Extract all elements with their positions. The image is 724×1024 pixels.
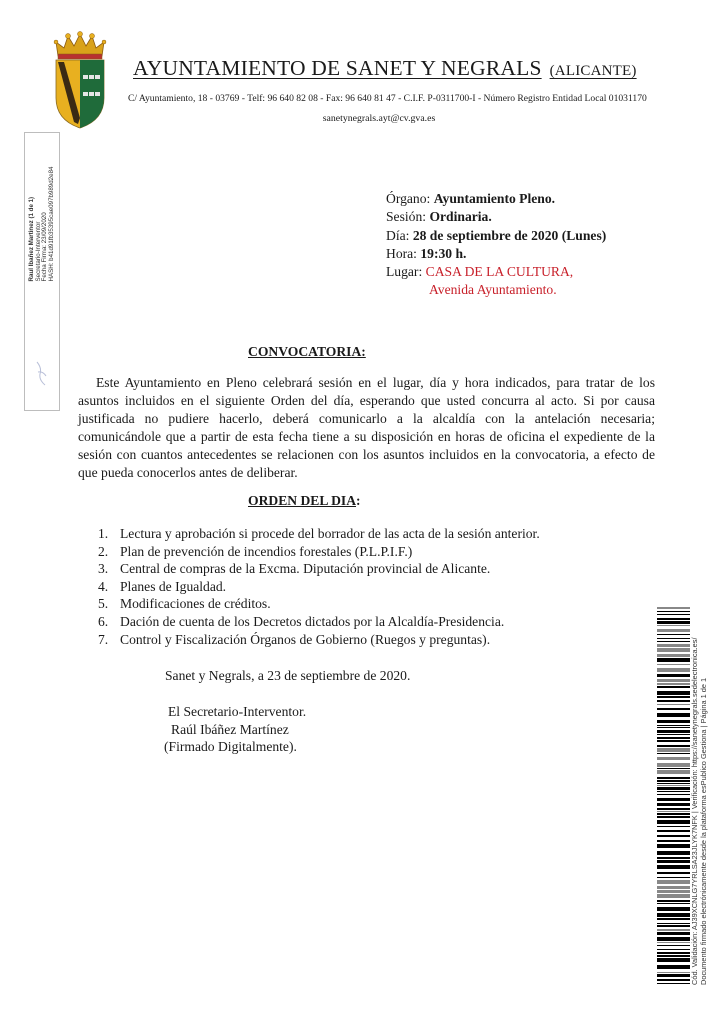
agenda-item-number: 7. xyxy=(98,631,120,649)
place-date: Sanet y Negrals, a 23 de septiembre de 2… xyxy=(165,668,410,684)
agenda-item: 6.Dación de cuenta de los Decretos dicta… xyxy=(98,613,540,631)
letterhead-email: sanetynegrals.ayt@cv.gva.es xyxy=(0,113,724,124)
session-info: Órgano: Ayuntamiento Pleno. Sesión: Ordi… xyxy=(386,190,606,300)
orden-del-dia-heading: ORDEN DEL DIA: xyxy=(248,493,361,509)
agenda-item-number: 4. xyxy=(98,578,120,596)
agenda-item-number: 2. xyxy=(98,543,120,561)
agenda-item: 4.Planes de Igualdad. xyxy=(98,578,540,596)
agenda-item-text: Dación de cuenta de los Decretos dictado… xyxy=(120,613,504,631)
signer-role: El Secretario-Interventor. xyxy=(164,703,306,721)
municipality-name: AYUNTAMIENTO DE SANET Y NEGRALS xyxy=(133,56,542,80)
signature-hash-line: HASH: b41d91fb35395cae097b989d2e84 xyxy=(49,166,56,281)
hora-row: Hora: 19:30 h. xyxy=(386,245,606,263)
agenda-item: 3.Central de compras de la Excma. Diputa… xyxy=(98,560,540,578)
agenda-item-number: 3. xyxy=(98,560,120,578)
agenda-item-text: Modificaciones de créditos. xyxy=(120,595,271,613)
convocatoria-heading: CONVOCATORIA: xyxy=(248,344,366,360)
barcode-icon xyxy=(657,607,690,985)
agenda-item-text: Plan de prevención de incendios forestal… xyxy=(120,543,412,561)
signature-note: (Firmado Digitalmente). xyxy=(164,738,306,756)
handwritten-signature-icon xyxy=(34,358,50,388)
agenda-item-text: Control y Fiscalización Órganos de Gobie… xyxy=(120,631,490,649)
agenda-item: 1.Lectura y aprobación si procede del bo… xyxy=(98,525,540,543)
signature-stamp-text: Raul Ibañez Martinez (1 de 1) Secretario… xyxy=(29,214,55,329)
agenda-list: 1.Lectura y aprobación si procede del bo… xyxy=(98,525,540,648)
letterhead-title: AYUNTAMIENTO DE SANET Y NEGRALS(ALICANTE… xyxy=(133,56,637,81)
letterhead-address: C/ Ayuntamiento, 18 - 03769 - Telf: 96 6… xyxy=(128,93,647,104)
agenda-item: 5.Modificaciones de créditos. xyxy=(98,595,540,613)
signer-name: Raúl Ibáñez Martínez xyxy=(164,721,306,739)
agenda-item-text: Central de compras de la Excma. Diputaci… xyxy=(120,560,490,578)
agenda-item-text: Lectura y aprobación si procede del borr… xyxy=(120,525,540,543)
hora-value: 19:30 h. xyxy=(420,246,466,261)
signature-stamp: Raul Ibañez Martinez (1 de 1) Secretario… xyxy=(24,132,60,411)
sesion-value: Ordinaria. xyxy=(429,209,491,224)
verification-platform-line: Documento firmado electrónicamente desde… xyxy=(699,637,708,985)
agenda-item-text: Planes de Igualdad. xyxy=(120,578,226,596)
lugar-row: Lugar: CASA DE LA CULTURA, xyxy=(386,263,606,281)
agenda-item: 2.Plan de prevención de incendios forest… xyxy=(98,543,540,561)
convocatoria-body: Este Ayuntamiento en Pleno celebrará ses… xyxy=(78,374,655,482)
agenda-item: 7.Control y Fiscalización Órganos de Gob… xyxy=(98,631,540,649)
province-name: (ALICANTE) xyxy=(550,63,637,79)
verification-code-line: Cód. Validación: AJ39XCNLG7YRLSA23JLYK7N… xyxy=(690,637,699,985)
agenda-item-number: 6. xyxy=(98,613,120,631)
signer-block: El Secretario-Interventor. Raúl Ibáñez M… xyxy=(164,703,306,756)
dia-value: 28 de septiembre de 2020 (Lunes) xyxy=(413,228,606,243)
lugar-value: CASA DE LA CULTURA, xyxy=(426,264,574,279)
organo-value: Ayuntamiento Pleno. xyxy=(434,191,555,206)
verification-text: Cód. Validación: AJ39XCNLG7YRLSA23JLYK7N… xyxy=(690,637,708,985)
lugar-address: Avenida Ayuntamiento. xyxy=(429,282,557,297)
organo-row: Órgano: Ayuntamiento Pleno. xyxy=(386,190,606,208)
signer-line: Raul Ibañez Martinez (1 de 1) xyxy=(28,196,35,281)
sesion-row: Sesión: Ordinaria. xyxy=(386,208,606,226)
agenda-item-number: 1. xyxy=(98,525,120,543)
agenda-item-number: 5. xyxy=(98,595,120,613)
dia-row: Día: 28 de septiembre de 2020 (Lunes) xyxy=(386,227,606,245)
